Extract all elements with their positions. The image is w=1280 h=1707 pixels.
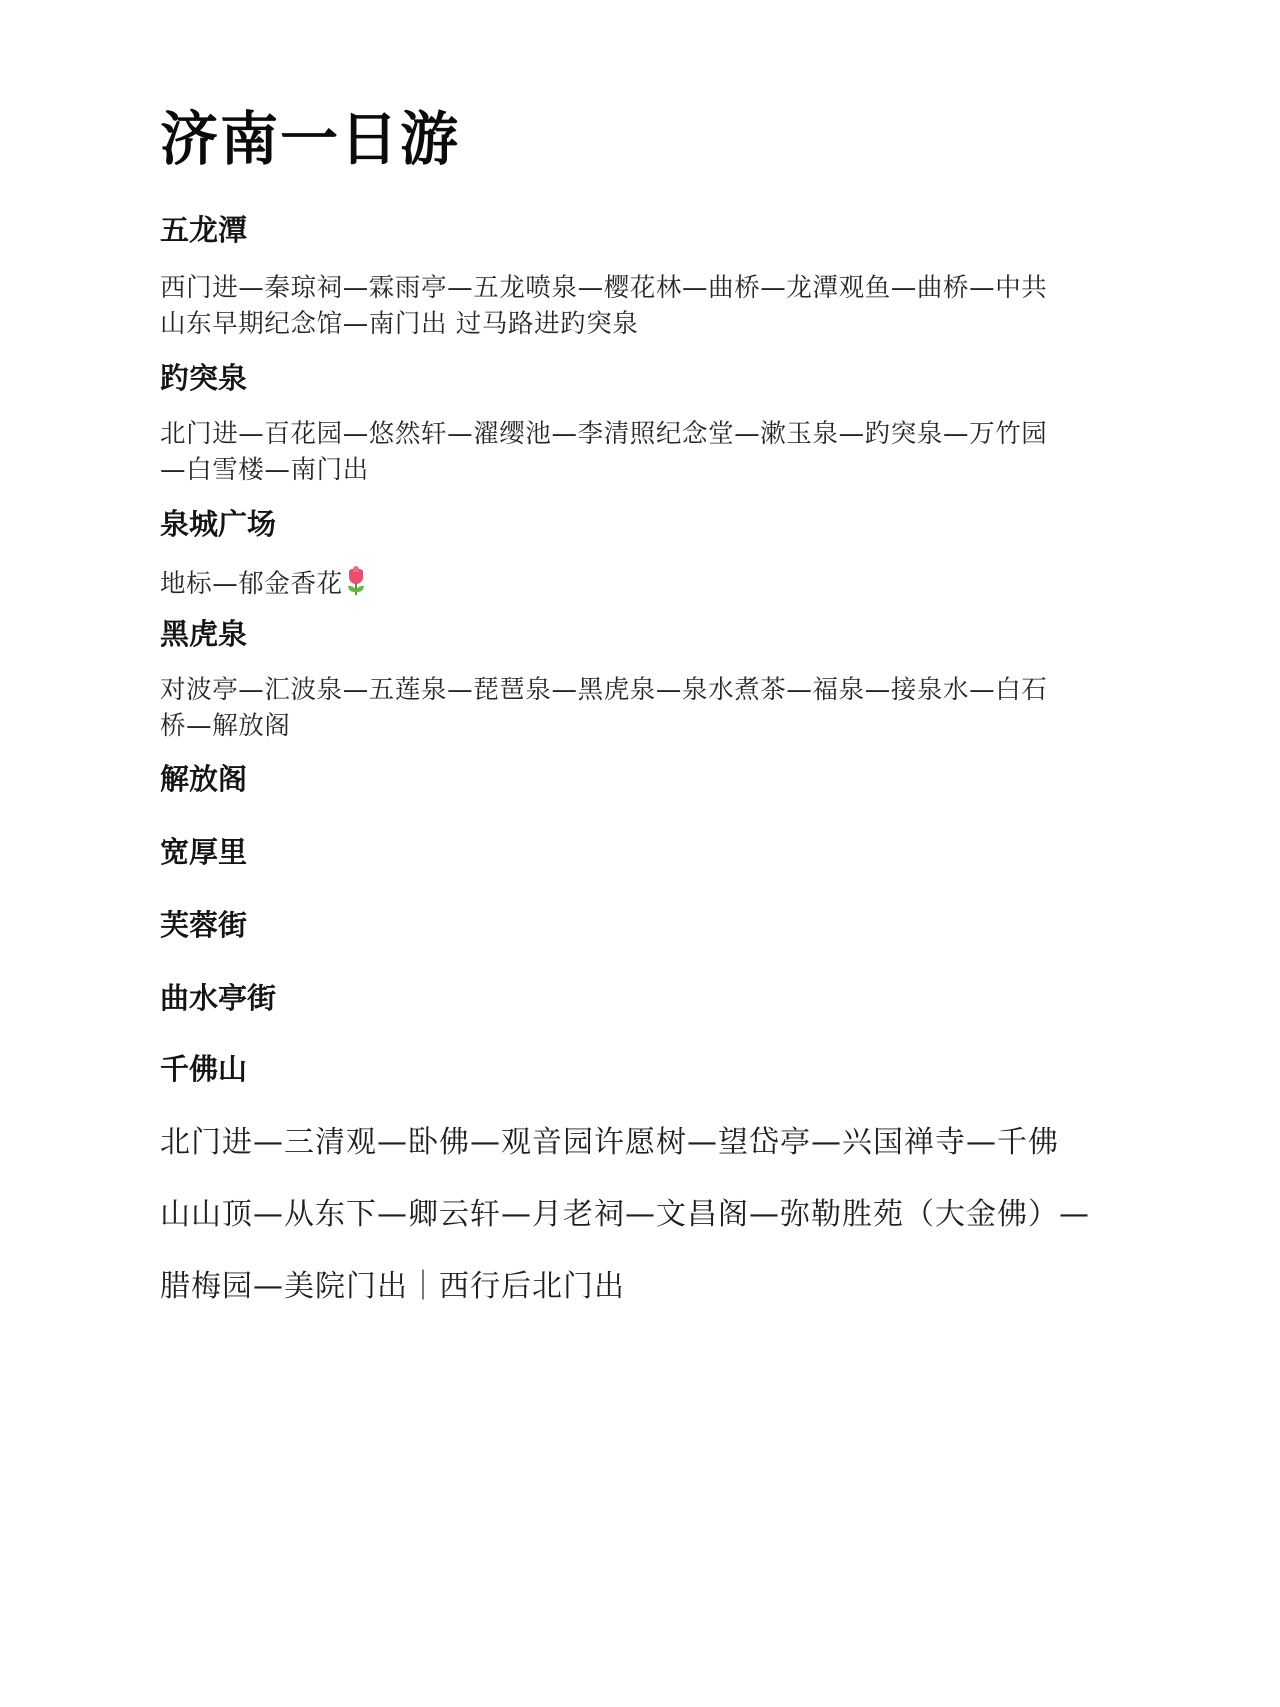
section-heading-wulongtan: 五龙潭 [160, 216, 247, 245]
section-heading-quancheng-square: 泉城广场 [160, 510, 276, 539]
route-line: 北门进—百花园—悠然轩—濯缨池—李清照纪念堂—漱玉泉—趵突泉—万竹园 [160, 422, 1047, 448]
route-line: 桥—解放阁 [160, 714, 291, 740]
section-heading-qushuiting-street: 曲水亭街 [160, 984, 276, 1013]
section-heading-furong-street: 芙蓉街 [160, 911, 247, 940]
section-heading-kuanhouli: 宽厚里 [160, 838, 247, 867]
route-line: 腊梅园—美院门出｜西行后北门出 [160, 1272, 625, 1302]
route-line: 西门进—秦琼祠—霖雨亭—五龙喷泉—樱花林—曲桥—龙潭观鱼—曲桥—中共 [160, 276, 1047, 302]
section-heading-jiefangge: 解放阁 [160, 765, 247, 794]
route-line: —白雪楼—南门出 [160, 458, 369, 484]
route-line: 山东早期纪念馆—南门出 过马路进趵突泉 [160, 312, 639, 338]
route-line: 北门进—三清观—卧佛—观音园许愿树—望岱亭—兴国禅寺—千佛 [160, 1128, 1059, 1158]
section-heading-heihuquan: 黑虎泉 [160, 620, 247, 649]
tulip-icon [345, 568, 367, 596]
page-title: 济南一日游 [160, 110, 460, 168]
section-heading-qianfoshan: 千佛山 [160, 1055, 247, 1084]
route-line-text: 地标—郁金香花 [160, 569, 343, 599]
route-line: 山山顶—从东下—卿云轩—月老祠—文昌阁—弥勒胜苑（大金佛）— [160, 1200, 1090, 1230]
route-line: 对波亭—汇波泉—五莲泉—琵琶泉—黑虎泉—泉水煮茶—福泉—接泉水—白石 [160, 678, 1047, 704]
route-line: 地标—郁金香花 [160, 568, 367, 598]
section-heading-baotuquan: 趵突泉 [160, 364, 247, 393]
